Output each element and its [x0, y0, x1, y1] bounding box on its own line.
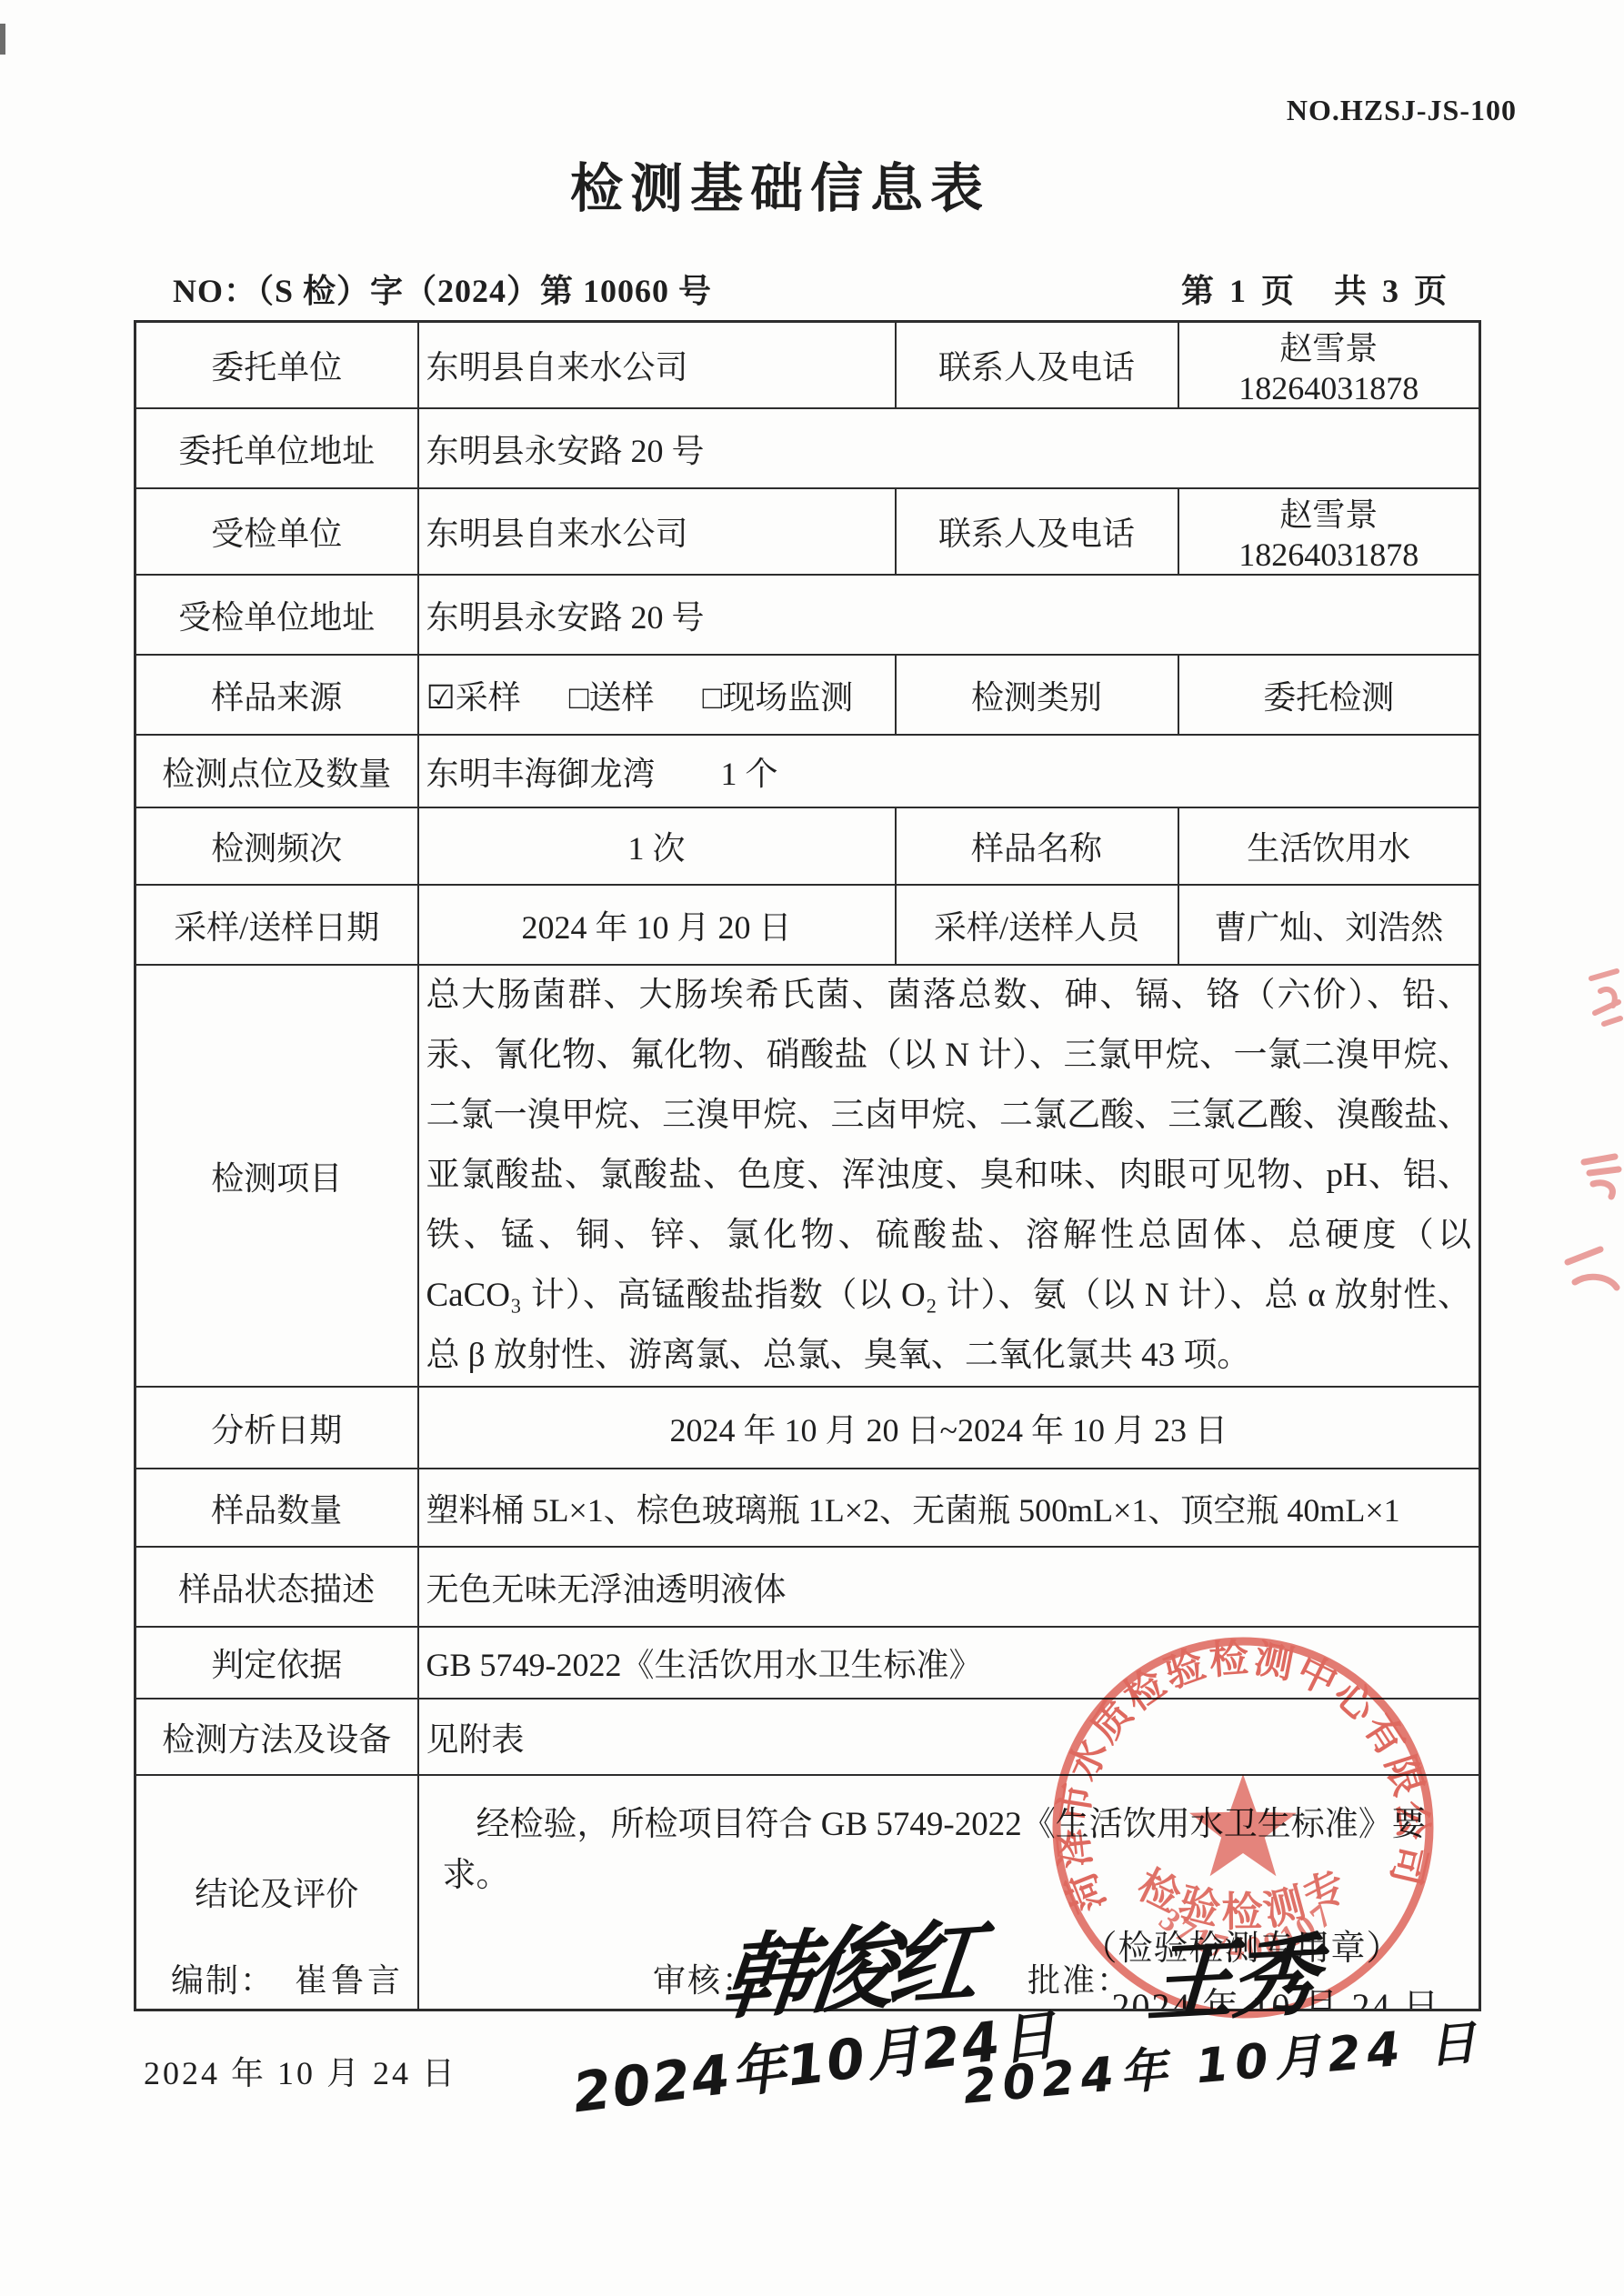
sample-source-label: 样品来源 [135, 655, 418, 735]
scanned-report-page: NO.HZSJ-JS-100 检测基础信息表 NO：（S 检）字（2024）第 … [0, 0, 1624, 2296]
test-items-value: 总大肠菌群、大肠埃希氏菌、菌落总数、砷、镉、铬（六价）、铅、汞、氰化物、氟化物、… [418, 965, 1480, 1387]
checkbox-sampling-checked: ☑采样 [426, 679, 521, 716]
sample-state-value: 无色无味无浮油透明液体 [418, 1547, 1480, 1627]
sample-state-label: 样品状态描述 [135, 1547, 418, 1627]
table-row: 委托单位地址 东明县永安路 20 号 [135, 408, 1480, 488]
test-items-label: 检测项目 [135, 965, 418, 1387]
checkbox-onsite-unchecked: □现场监测 [703, 679, 854, 716]
table-row: 样品状态描述 无色无味无浮油透明液体 [135, 1547, 1480, 1627]
judgment-basis-label: 判定依据 [135, 1627, 418, 1699]
page-title: 检测基础信息表 [0, 145, 1592, 222]
table-row: 受检单位地址 东明县永安路 20 号 [135, 575, 1480, 655]
prepared-date: 2024 年 10 月 24 日 [144, 2048, 457, 2094]
client-value: 东明县自来水公司 [418, 322, 896, 409]
inspected-address-label: 受检单位地址 [135, 575, 418, 655]
sample-quantity-value: 塑料桶 5L×1、棕色玻璃瓶 1L×2、无菌瓶 500mL×1、顶空瓶 40mL… [418, 1469, 1480, 1547]
table-row: 检测点位及数量 东明丰海御龙湾 1 个 [135, 735, 1480, 807]
analysis-date-value: 2024 年 10 月 20 日~2024 年 10 月 23 日 [418, 1387, 1480, 1469]
sample-name-label: 样品名称 [896, 807, 1178, 885]
prepared-by-line: 编制：崔鲁言 [171, 1955, 404, 2001]
table-row: 检测项目 总大肠菌群、大肠埃希氏菌、菌落总数、砷、镉、铬（六价）、铅、汞、氰化物… [135, 965, 1480, 1387]
sample-source-options: ☑采样 □送样 □现场监测 [418, 655, 896, 735]
sample-quantity-label: 样品数量 [135, 1469, 418, 1547]
page-number: 第 1 页 共 3 页 [1181, 266, 1450, 312]
scan-artifact [0, 24, 5, 55]
table-row: 检测频次 1 次 样品名称 生活饮用水 [135, 807, 1480, 885]
report-number: NO：（S 检）字（2024）第 10060 号 [173, 266, 712, 312]
table-row: 委托单位 东明县自来水公司 联系人及电话 赵雪景 18264031878 [135, 322, 1480, 409]
frequency-value: 1 次 [418, 807, 896, 885]
table-row: 采样/送样日期 2024 年 10 月 20 日 采样/送样人员 曹广灿、刘浩然 [135, 885, 1480, 965]
inspected-address-value: 东明县永安路 20 号 [418, 575, 1480, 655]
inspected-value: 东明县自来水公司 [418, 488, 896, 575]
inspected-label: 受检单位 [135, 488, 418, 575]
prepared-by-name: 崔鲁言 [295, 1962, 404, 1999]
sampling-personnel-label: 采样/送样人员 [896, 885, 1178, 965]
sampling-personnel-value: 曹广灿、刘浩然 [1178, 885, 1480, 965]
prepared-label: 编制： [171, 1962, 275, 1999]
test-category-value: 委托检测 [1178, 655, 1480, 735]
seal-bleed-mark [1557, 1153, 1624, 1308]
client-contact-label: 联系人及电话 [896, 322, 1178, 409]
sample-name-value: 生活饮用水 [1178, 807, 1480, 885]
points-value: 东明丰海御龙湾 1 个 [418, 735, 1480, 807]
seal-bleed-mark [1582, 966, 1624, 1075]
client-contact-value: 赵雪景 18264031878 [1178, 322, 1480, 409]
table-row: 样品数量 塑料桶 5L×1、棕色玻璃瓶 1L×2、无菌瓶 500mL×1、顶空瓶… [135, 1469, 1480, 1547]
method-label: 检测方法及设备 [135, 1699, 418, 1775]
table-row: 样品来源 ☑采样 □送样 □现场监测 检测类别 委托检测 [135, 655, 1480, 735]
seal-star-icon [1189, 1774, 1297, 1876]
inspected-contact-value: 赵雪景 18264031878 [1178, 488, 1480, 575]
inspected-contact-label: 联系人及电话 [896, 488, 1178, 575]
sampling-date-label: 采样/送样日期 [135, 885, 418, 965]
checkbox-delivery-unchecked: □送样 [569, 679, 655, 716]
analysis-date-label: 分析日期 [135, 1387, 418, 1469]
table-row: 受检单位 东明县自来水公司 联系人及电话 赵雪景 18264031878 [135, 488, 1480, 575]
form-reference-number: NO.HZSJ-JS-100 [1287, 94, 1517, 127]
sampling-date-value: 2024 年 10 月 20 日 [418, 885, 896, 965]
client-address-label: 委托单位地址 [135, 408, 418, 488]
points-label: 检测点位及数量 [135, 735, 418, 807]
frequency-label: 检测频次 [135, 807, 418, 885]
client-address-value: 东明县永安路 20 号 [418, 408, 1480, 488]
table-row: 分析日期 2024 年 10 月 20 日~2024 年 10 月 23 日 [135, 1387, 1480, 1469]
test-category-label: 检测类别 [896, 655, 1178, 735]
client-label: 委托单位 [135, 322, 418, 409]
